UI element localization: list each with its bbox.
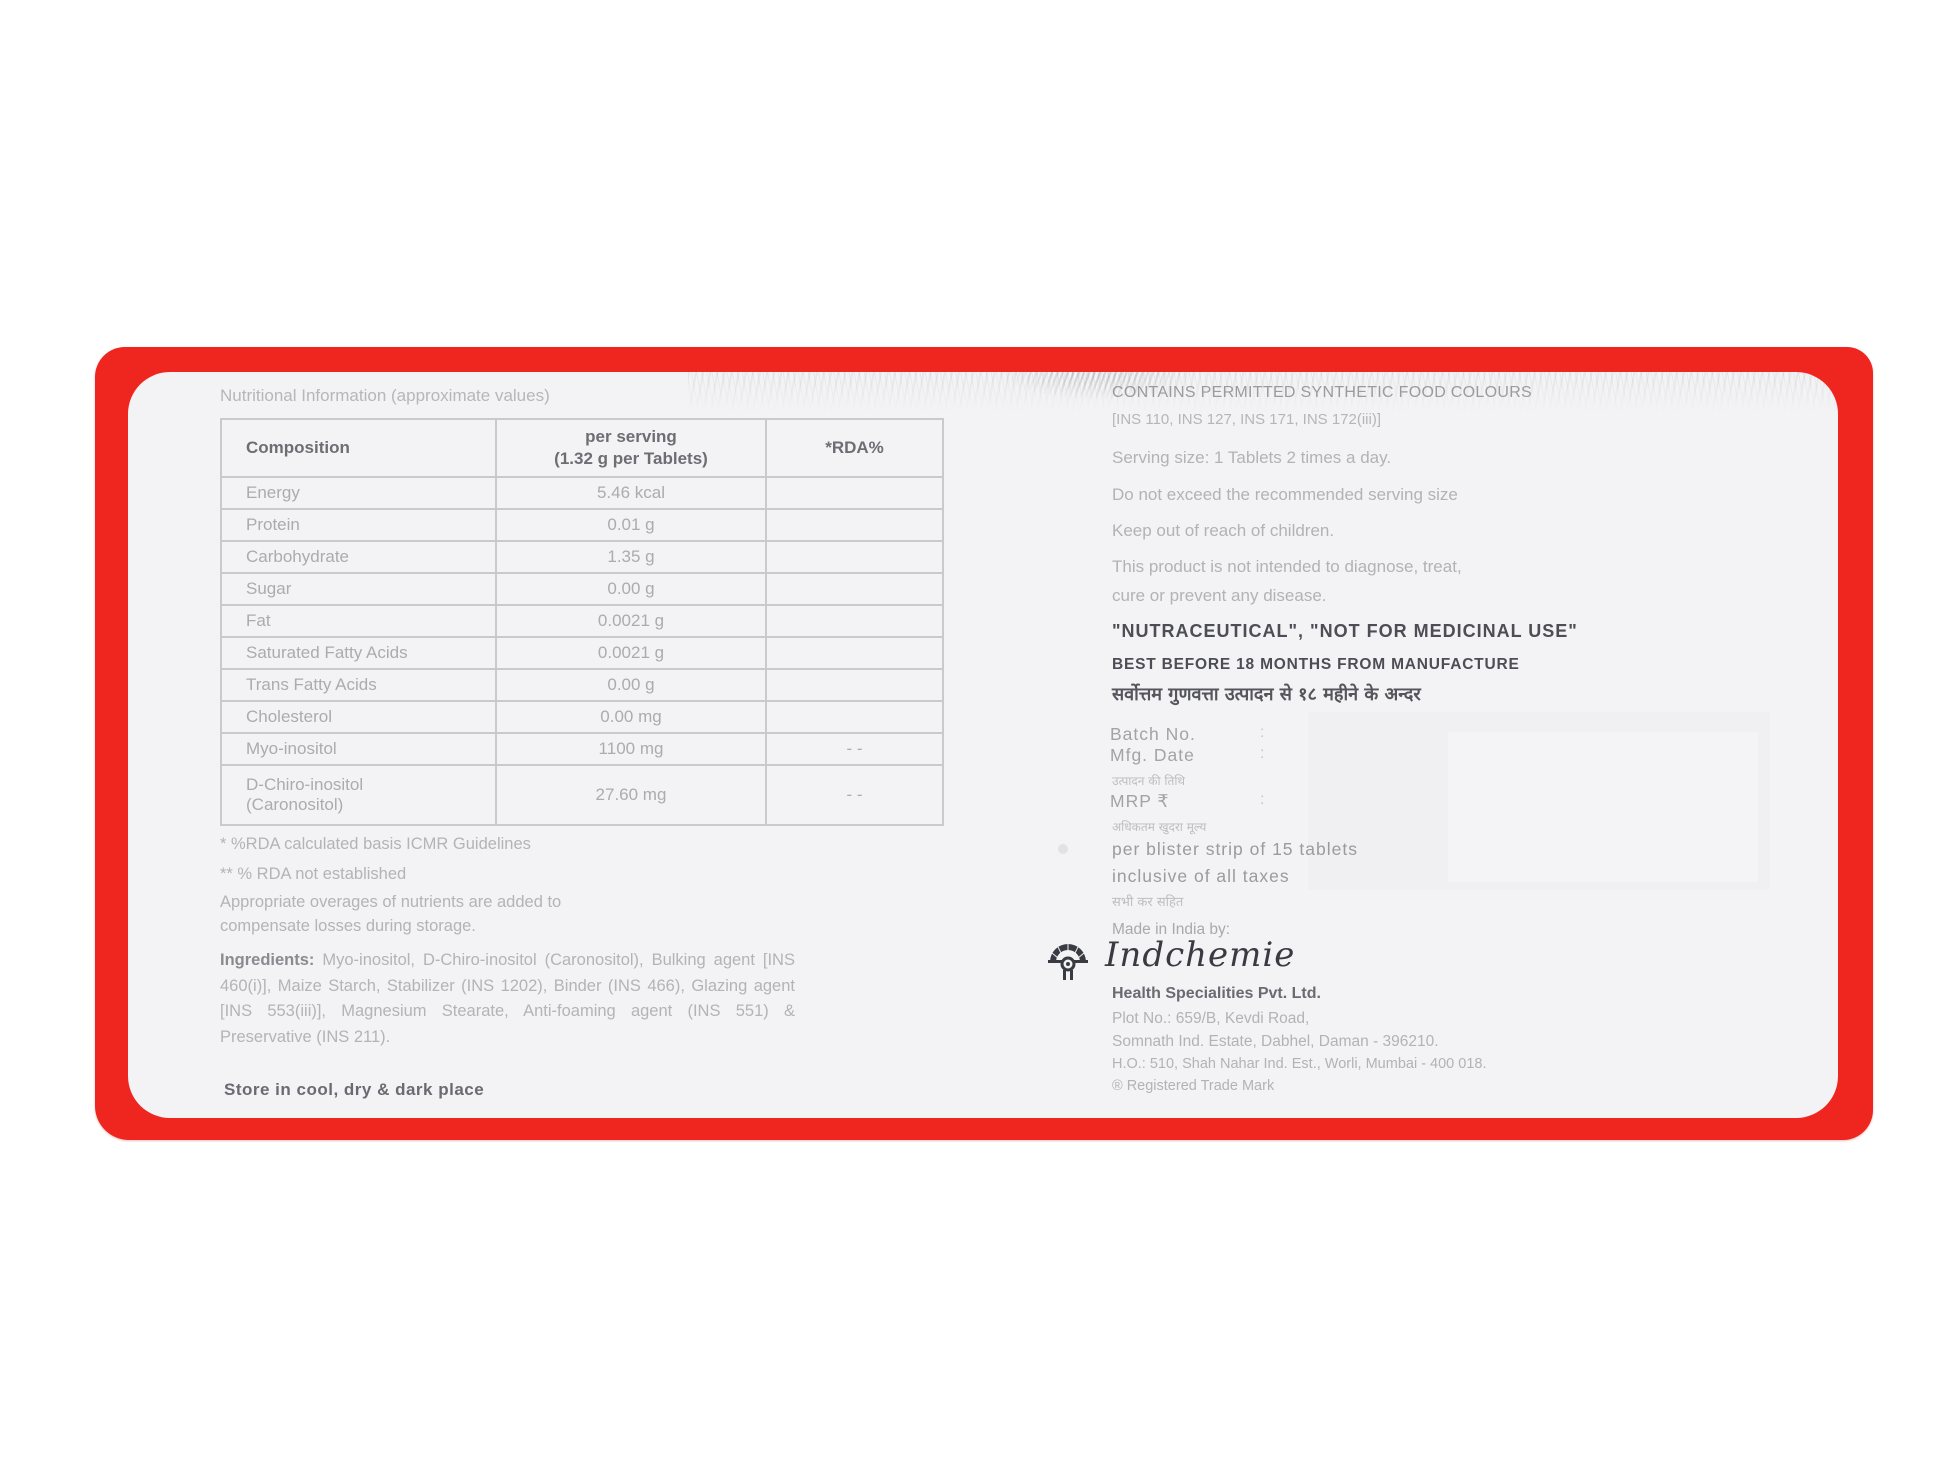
row-rda bbox=[766, 573, 943, 605]
row-value: 0.0021 g bbox=[496, 637, 766, 669]
table-row: Fat 0.0021 g bbox=[221, 605, 943, 637]
row-value: 0.01 g bbox=[496, 509, 766, 541]
table-row: Sugar 0.00 g bbox=[221, 573, 943, 605]
footnote-rda-basis: * %RDA calculated basis ICMR Guidelines bbox=[220, 835, 531, 854]
serving-size: Serving size: 1 Tablets 2 times a day. bbox=[1112, 448, 1391, 468]
table-row: Protein 0.01 g bbox=[221, 509, 943, 541]
row-name: Saturated Fatty Acids bbox=[221, 637, 496, 669]
row-value: 0.00 mg bbox=[496, 701, 766, 733]
row-rda bbox=[766, 509, 943, 541]
best-before: BEST BEFORE 18 MONTHS FROM MANUFACTURE bbox=[1112, 656, 1520, 674]
row-name: Fat bbox=[221, 605, 496, 637]
header-composition: Composition bbox=[221, 419, 496, 477]
row-value: 0.00 g bbox=[496, 573, 766, 605]
row-name: Protein bbox=[221, 509, 496, 541]
header-rda: *RDA% bbox=[766, 419, 943, 477]
row-rda bbox=[766, 637, 943, 669]
row-name: D-Chiro-inositol (Caronositol) bbox=[221, 765, 496, 825]
table-row: Energy 5.46 kcal bbox=[221, 477, 943, 509]
row-name-line2: (Caronositol) bbox=[246, 795, 495, 815]
row-name: Energy bbox=[221, 477, 496, 509]
row-name: Cholesterol bbox=[221, 701, 496, 733]
nutrition-title: Nutritional Information (approximate val… bbox=[220, 386, 550, 406]
inclusive-taxes-hindi: सभी कर सहित bbox=[1112, 892, 1183, 910]
address-line2: Somnath Ind. Estate, Dabhel, Daman - 396… bbox=[1112, 1033, 1439, 1051]
header-per-serving-line1: per serving bbox=[497, 426, 765, 448]
batch-no-label: Batch No. bbox=[1110, 724, 1196, 745]
row-rda: - - bbox=[766, 765, 943, 825]
nutraceutical-notice: "NUTRACEUTICAL", "NOT FOR MEDICINAL USE" bbox=[1112, 621, 1578, 642]
batch-print-area bbox=[1308, 712, 1770, 890]
row-rda: - - bbox=[766, 733, 943, 765]
registered-trade-mark: ® Registered Trade Mark bbox=[1112, 1078, 1274, 1094]
table-row: Cholesterol 0.00 mg bbox=[221, 701, 943, 733]
row-value: 5.46 kcal bbox=[496, 477, 766, 509]
disclaimer-line1: This product is not intended to diagnose… bbox=[1112, 557, 1462, 577]
table-row: Trans Fatty Acids 0.00 g bbox=[221, 669, 943, 701]
table-row: Saturated Fatty Acids 0.0021 g bbox=[221, 637, 943, 669]
keep-out-of-reach-warning: Keep out of reach of children. bbox=[1112, 521, 1334, 541]
brand-logo-text: Indchemie bbox=[1105, 935, 1295, 975]
row-value: 27.60 mg bbox=[496, 765, 766, 825]
batch-no-colon: : bbox=[1260, 724, 1264, 742]
footnote-rda-not-established: ** % RDA not established bbox=[220, 865, 406, 884]
footnote-overages-line2: compensate losses during storage. bbox=[220, 917, 476, 936]
mrp-colon: : bbox=[1260, 791, 1264, 809]
mrp-hindi: अधिकतम खुदरा मूल्य bbox=[1112, 818, 1206, 835]
mfg-date-hindi: उत्पादन की तिथि bbox=[1112, 772, 1185, 789]
head-office-address: H.O.: 510, Shah Nahar Ind. Est., Worli, … bbox=[1112, 1056, 1487, 1072]
row-name: Myo-inositol bbox=[221, 733, 496, 765]
row-rda bbox=[766, 541, 943, 573]
company-name: Health Specialities Pvt. Ltd. bbox=[1112, 985, 1321, 1003]
inclusive-taxes-note: inclusive of all taxes bbox=[1112, 866, 1290, 887]
row-value: 0.0021 g bbox=[496, 605, 766, 637]
row-value: 1100 mg bbox=[496, 733, 766, 765]
indchemie-sun-logo-icon bbox=[1046, 942, 1090, 982]
row-rda bbox=[766, 669, 943, 701]
best-before-hindi: सर्वोत्तम गुणवत्ता उत्पादन से १८ महीने क… bbox=[1112, 682, 1421, 706]
mfg-date-label: Mfg. Date bbox=[1110, 745, 1195, 766]
row-name: Sugar bbox=[221, 573, 496, 605]
ingredients-label: Ingredients: bbox=[220, 951, 314, 969]
storage-instructions: Store in cool, dry & dark place bbox=[224, 1080, 484, 1100]
table-row: Carbohydrate 1.35 g bbox=[221, 541, 943, 573]
nutrition-table: Composition per serving (1.32 g per Tabl… bbox=[220, 418, 944, 826]
product-label-panel: Nutritional Information (approximate val… bbox=[128, 372, 1838, 1118]
do-not-exceed-warning: Do not exceed the recommended serving si… bbox=[1112, 485, 1458, 505]
header-per-serving: per serving (1.32 g per Tablets) bbox=[496, 419, 766, 477]
row-rda bbox=[766, 605, 943, 637]
row-value: 0.00 g bbox=[496, 669, 766, 701]
row-name: Trans Fatty Acids bbox=[221, 669, 496, 701]
mfg-date-colon: : bbox=[1260, 745, 1264, 763]
address-line1: Plot No.: 659/B, Kevdi Road, bbox=[1112, 1010, 1309, 1028]
table-header-row: Composition per serving (1.32 g per Tabl… bbox=[221, 419, 943, 477]
registration-dot bbox=[1058, 844, 1068, 854]
colours-notice: CONTAINS PERMITTED SYNTHETIC FOOD COLOUR… bbox=[1112, 384, 1532, 402]
colours-ins-list: [INS 110, INS 127, INS 171, INS 172(iii)… bbox=[1112, 411, 1381, 428]
row-rda bbox=[766, 477, 943, 509]
footnote-overages-line1: Appropriate overages of nutrients are ad… bbox=[220, 893, 561, 912]
ingredients: Ingredients: Myo-inositol, D-Chiro-inosi… bbox=[220, 948, 795, 1050]
header-per-serving-line2: (1.32 g per Tablets) bbox=[497, 448, 765, 470]
table-row: D-Chiro-inositol (Caronositol) 27.60 mg … bbox=[221, 765, 943, 825]
disclaimer-line2: cure or prevent any disease. bbox=[1112, 586, 1327, 606]
mrp-label: MRP ₹ bbox=[1110, 791, 1170, 812]
row-name: Carbohydrate bbox=[221, 541, 496, 573]
row-value: 1.35 g bbox=[496, 541, 766, 573]
per-strip-note: per blister strip of 15 tablets bbox=[1112, 839, 1358, 860]
table-row: Myo-inositol 1100 mg - - bbox=[221, 733, 943, 765]
row-name-line1: D-Chiro-inositol bbox=[246, 775, 495, 795]
row-rda bbox=[766, 701, 943, 733]
